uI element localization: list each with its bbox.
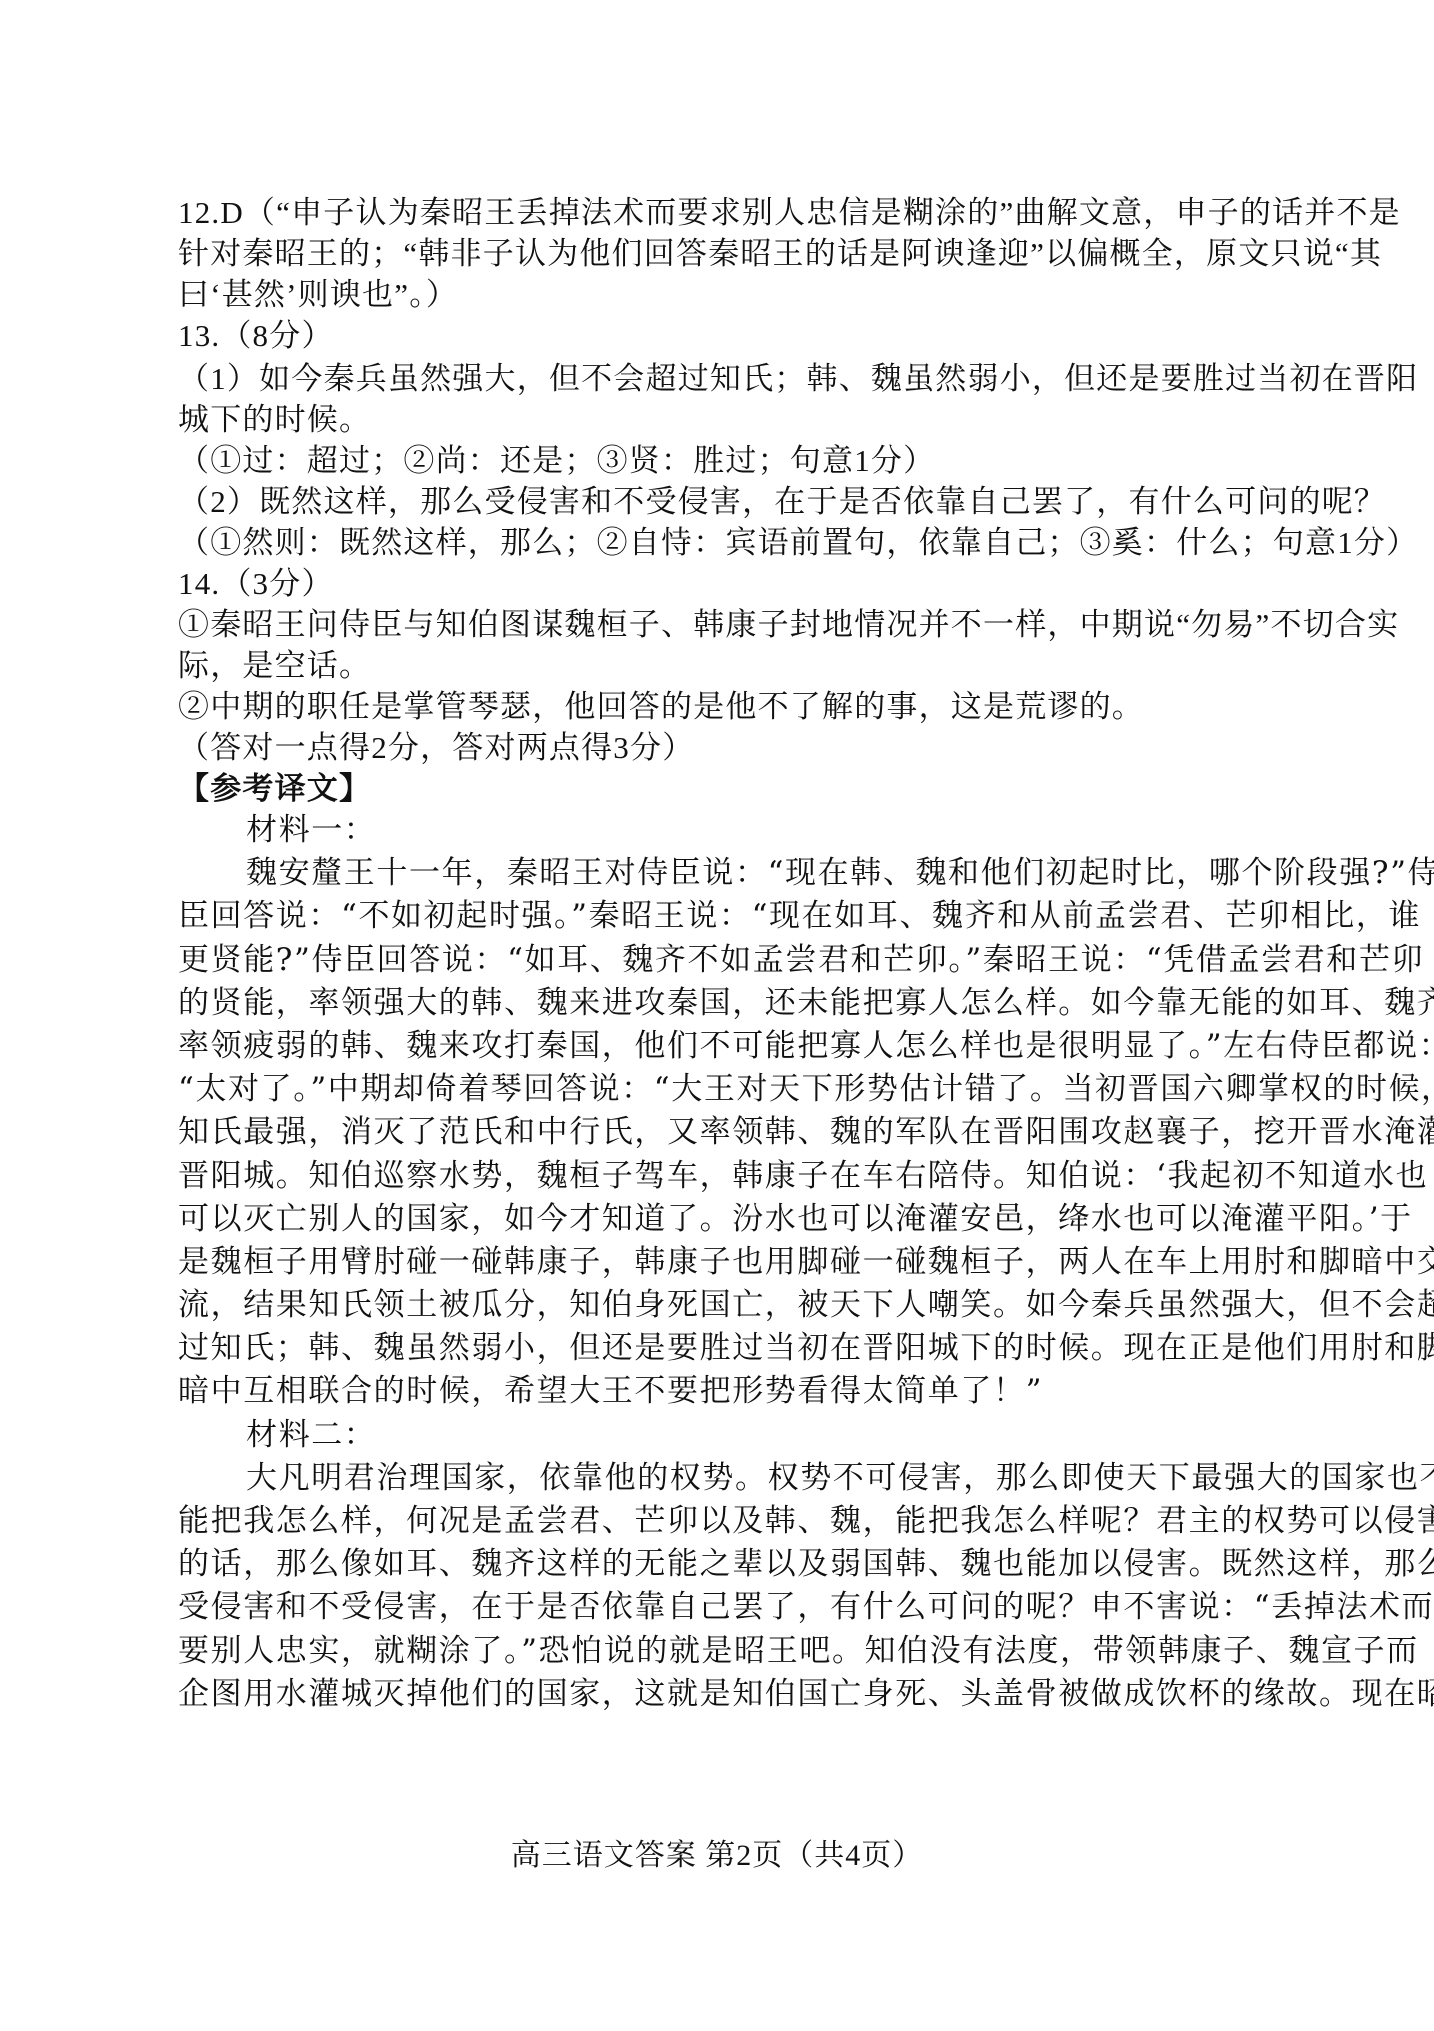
material1-line: 知氏最强，消灭了范氏和中行氏，又率领韩、魏的军队在晋阳围攻赵襄子，挖开晋水淹灌: [178, 1111, 1262, 1154]
material1-line: 是魏桓子用臂肘碰一碰韩康子，韩康子也用脚碰一碰魏桓子，两人在车上用肘和脚暗中交: [178, 1241, 1262, 1284]
material2-line: 企图用水灌城灭掉他们的国家，这就是知伯国亡身死、头盖骨被做成饮杯的缘故。现在昭: [178, 1673, 1262, 1716]
answer-q12-line: 12.D（“申子认为秦昭王丢掉法术而要求别人忠信是糊涂的”曲解文意，申子的话并不…: [178, 192, 1262, 233]
material1-line: “太对了。”中期却倚着琴回答说：“大王对天下形势估计错了。当初晋国六卿掌权的时候…: [178, 1068, 1262, 1111]
material1-line: 臣回答说：“不如初起时强。”秦昭王说：“现在如耳、魏齐和从前孟尝君、芒卯相比，谁: [178, 895, 1262, 938]
document-page: 12.D（“申子认为秦昭王丢掉法术而要求别人忠信是糊涂的”曲解文意，申子的话并不…: [0, 0, 1434, 2031]
answer-q14-point1-line: ①秦昭王问侍臣与知伯图谋魏桓子、韩康子封地情况并不一样，中期说“勿易”不切合实: [178, 604, 1262, 645]
material2-label: 材料二：: [178, 1414, 1264, 1457]
answer-q13-part1-scoring: （①过：超过；②尚：还是；③贤：胜过；句意1分）: [178, 440, 1264, 481]
material2-line: 能把我怎么样，何况是孟尝君、芒卯以及韩、魏，能把我怎么样呢？君主的权势可以侵害: [178, 1500, 1262, 1543]
material1-line: 率领疲弱的韩、魏来攻打秦国，他们不可能把寡人怎么样也是很明显了。”左右侍臣都说：: [178, 1025, 1262, 1068]
reference-translation: 【参考译文】 材料一： 魏安釐王十一年，秦昭王对侍臣说：“现在韩、魏和他们初起时…: [178, 768, 1264, 1716]
material1-line: 过知氏；韩、魏虽然弱小，但还是要胜过当初在晋阳城下的时候。现在正是他们用肘和脚: [178, 1327, 1262, 1370]
answer-q13-header: 13.（8分）: [178, 315, 1264, 356]
material1-line: 的贤能，率领强大的韩、魏来进攻秦国，还未能把寡人怎么样。如今靠无能的如耳、魏齐: [178, 982, 1262, 1025]
answer-q12-line: 针对秦昭王的；“韩非子认为他们回答秦昭王的话是阿谀逢迎”以偏概全，原文只说“其: [178, 233, 1262, 274]
material2-line: 受侵害和不受侵害，在于是否依靠自己罢了，有什么可问的呢？申不害说：“丢掉法术而: [178, 1586, 1262, 1629]
answer-q14-point2-line: ②中期的职任是掌管琴瑟，他回答的是他不了解的事，这是荒谬的。: [178, 686, 1264, 727]
material1-label: 材料一：: [178, 809, 1264, 852]
translation-heading: 【参考译文】: [178, 768, 1264, 809]
answer-q14: 14.（3分） ①秦昭王问侍臣与知伯图谋魏桓子、韩康子封地情况并不一样，中期说“…: [178, 563, 1264, 768]
material1-line: 魏安釐王十一年，秦昭王对侍臣说：“现在韩、魏和他们初起时比，哪个阶段强?”侍: [178, 852, 1262, 895]
material1-line: 晋阳城。知伯巡察水势，魏桓子驾车，韩康子在车右陪侍。知伯说：‘我起初不知道水也: [178, 1155, 1262, 1198]
answer-q13-part2-line: （2）既然这样，那么受侵害和不受侵害，在于是否依靠自己罢了，有什么可问的呢？: [178, 481, 1264, 522]
material1-line: 可以灭亡别人的国家，如今才知道了。汾水也可以淹灌安邑，绛水也可以淹灌平阳。’于: [178, 1198, 1262, 1241]
material2-line: 大凡明君治理国家，依靠他的权势。权势不可侵害，那么即使天下最强大的国家也不: [178, 1457, 1262, 1500]
answer-q12: 12.D（“申子认为秦昭王丢掉法术而要求别人忠信是糊涂的”曲解文意，申子的话并不…: [178, 192, 1264, 315]
material1-line: 暗中互相联合的时候，希望大王不要把形势看得太简单了！”: [178, 1370, 1264, 1413]
material2-line: 的话，那么像如耳、魏齐这样的无能之辈以及弱国韩、魏也能加以侵害。既然这样，那么: [178, 1543, 1262, 1586]
answer-q14-scoring: （答对一点得2分，答对两点得3分）: [178, 727, 1264, 768]
answer-q14-header: 14.（3分）: [178, 563, 1264, 604]
page-footer: 高三语文答案 第2页（共4页）: [0, 1830, 1434, 1874]
material1-line: 更贤能?”侍臣回答说：“如耳、魏齐不如孟尝君和芒卯。”秦昭王说：“凭借孟尝君和芒…: [178, 939, 1262, 982]
answer-q13-part1-line: 城下的时候。: [178, 399, 1264, 440]
answer-q12-line: 曰‘甚然’则谀也”。）: [178, 274, 1264, 315]
page-content: 12.D（“申子认为秦昭王丢掉法术而要求别人忠信是糊涂的”曲解文意，申子的话并不…: [178, 192, 1264, 1716]
material1-line: 流，结果知氏领土被瓜分，知伯身死国亡，被天下人嘲笑。如今秦兵虽然强大，但不会超: [178, 1284, 1262, 1327]
answer-q14-point1-line: 际，是空话。: [178, 645, 1264, 686]
answer-q13-part1-line: （1）如今秦兵虽然强大，但不会超过知氏；韩、魏虽然弱小，但还是要胜过当初在晋阳: [178, 358, 1262, 399]
answer-q13: 13.（8分） （1）如今秦兵虽然强大，但不会超过知氏；韩、魏虽然弱小，但还是要…: [178, 315, 1264, 563]
material2-line: 要别人忠实，就糊涂了。”恐怕说的就是昭王吧。知伯没有法度，带领韩康子、魏宣子而: [178, 1630, 1262, 1673]
answer-q13-part2-scoring: （①然则：既然这样，那么；②自恃：宾语前置句，依靠自己；③奚：什么；句意1分）: [178, 522, 1264, 563]
